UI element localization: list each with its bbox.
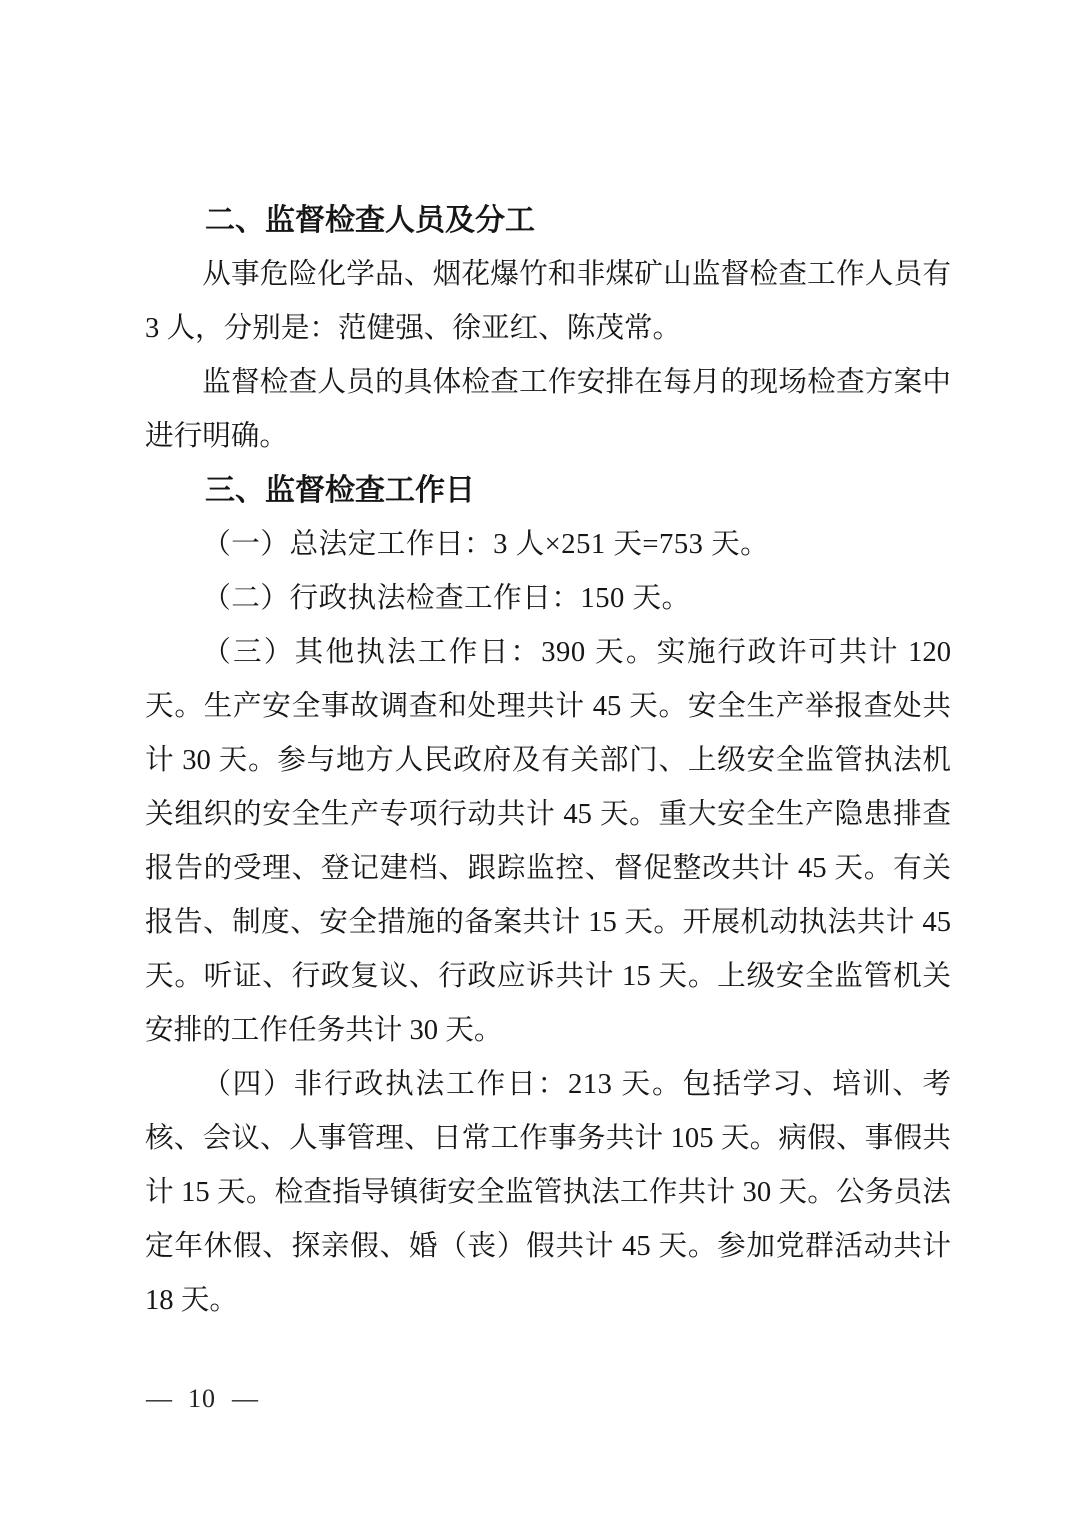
paragraph-staff-list: 从事危险化学品、烟花爆竹和非煤矿山监督检查工作人员有 3 人，分别是：范健强、徐… <box>145 248 951 356</box>
item-enforcement-inspection-workdays: （二）行政执法检查工作日：150 天。 <box>145 572 951 626</box>
item-non-enforcement-workdays: （四）非行政执法工作日：213 天。包括学习、培训、考核、会议、人事管理、日常工… <box>145 1058 951 1328</box>
item-non-enforcement-detail: 包括学习、培训、考核、会议、人事管理、日常工作事务共计 105 天。病假、事假共… <box>145 1069 951 1316</box>
item-other-enforcement-workdays: （三）其他执法工作日：390 天。实施行政许可共计 120 天。生产安全事故调查… <box>145 626 951 1058</box>
item-total-statutory-workdays: （一）总法定工作日：3 人×251 天=753 天。 <box>145 518 951 572</box>
document-body: 二、监督检查人员及分工 从事危险化学品、烟花爆竹和非煤矿山监督检查工作人员有 3… <box>145 194 951 1328</box>
page-number-value: 10 <box>188 1383 216 1415</box>
page-number-right-dash: — <box>232 1383 258 1415</box>
section-heading-inspection-workdays: 三、监督检查工作日 <box>145 464 951 518</box>
item-other-enforcement-detail: 实施行政许可共计 120 天。生产安全事故调查和处理共计 45 天。安全生产举报… <box>145 637 951 1046</box>
page-number-left-dash: — <box>146 1383 172 1415</box>
page-number: — 10 — <box>146 1383 258 1415</box>
paragraph-monthly-arrangement: 监督检查人员的具体检查工作安排在每月的现场检查方案中进行明确。 <box>145 356 951 464</box>
item-non-enforcement-lead: （四）非行政执法工作日：213 天。 <box>202 1069 682 1100</box>
item-other-enforcement-lead: （三）其他执法工作日：390 天。 <box>202 637 656 668</box>
document-page: 二、监督检查人员及分工 从事危险化学品、烟花爆竹和非煤矿山监督检查工作人员有 3… <box>0 0 1074 1520</box>
section-heading-supervision-staff: 二、监督检查人员及分工 <box>145 194 951 248</box>
